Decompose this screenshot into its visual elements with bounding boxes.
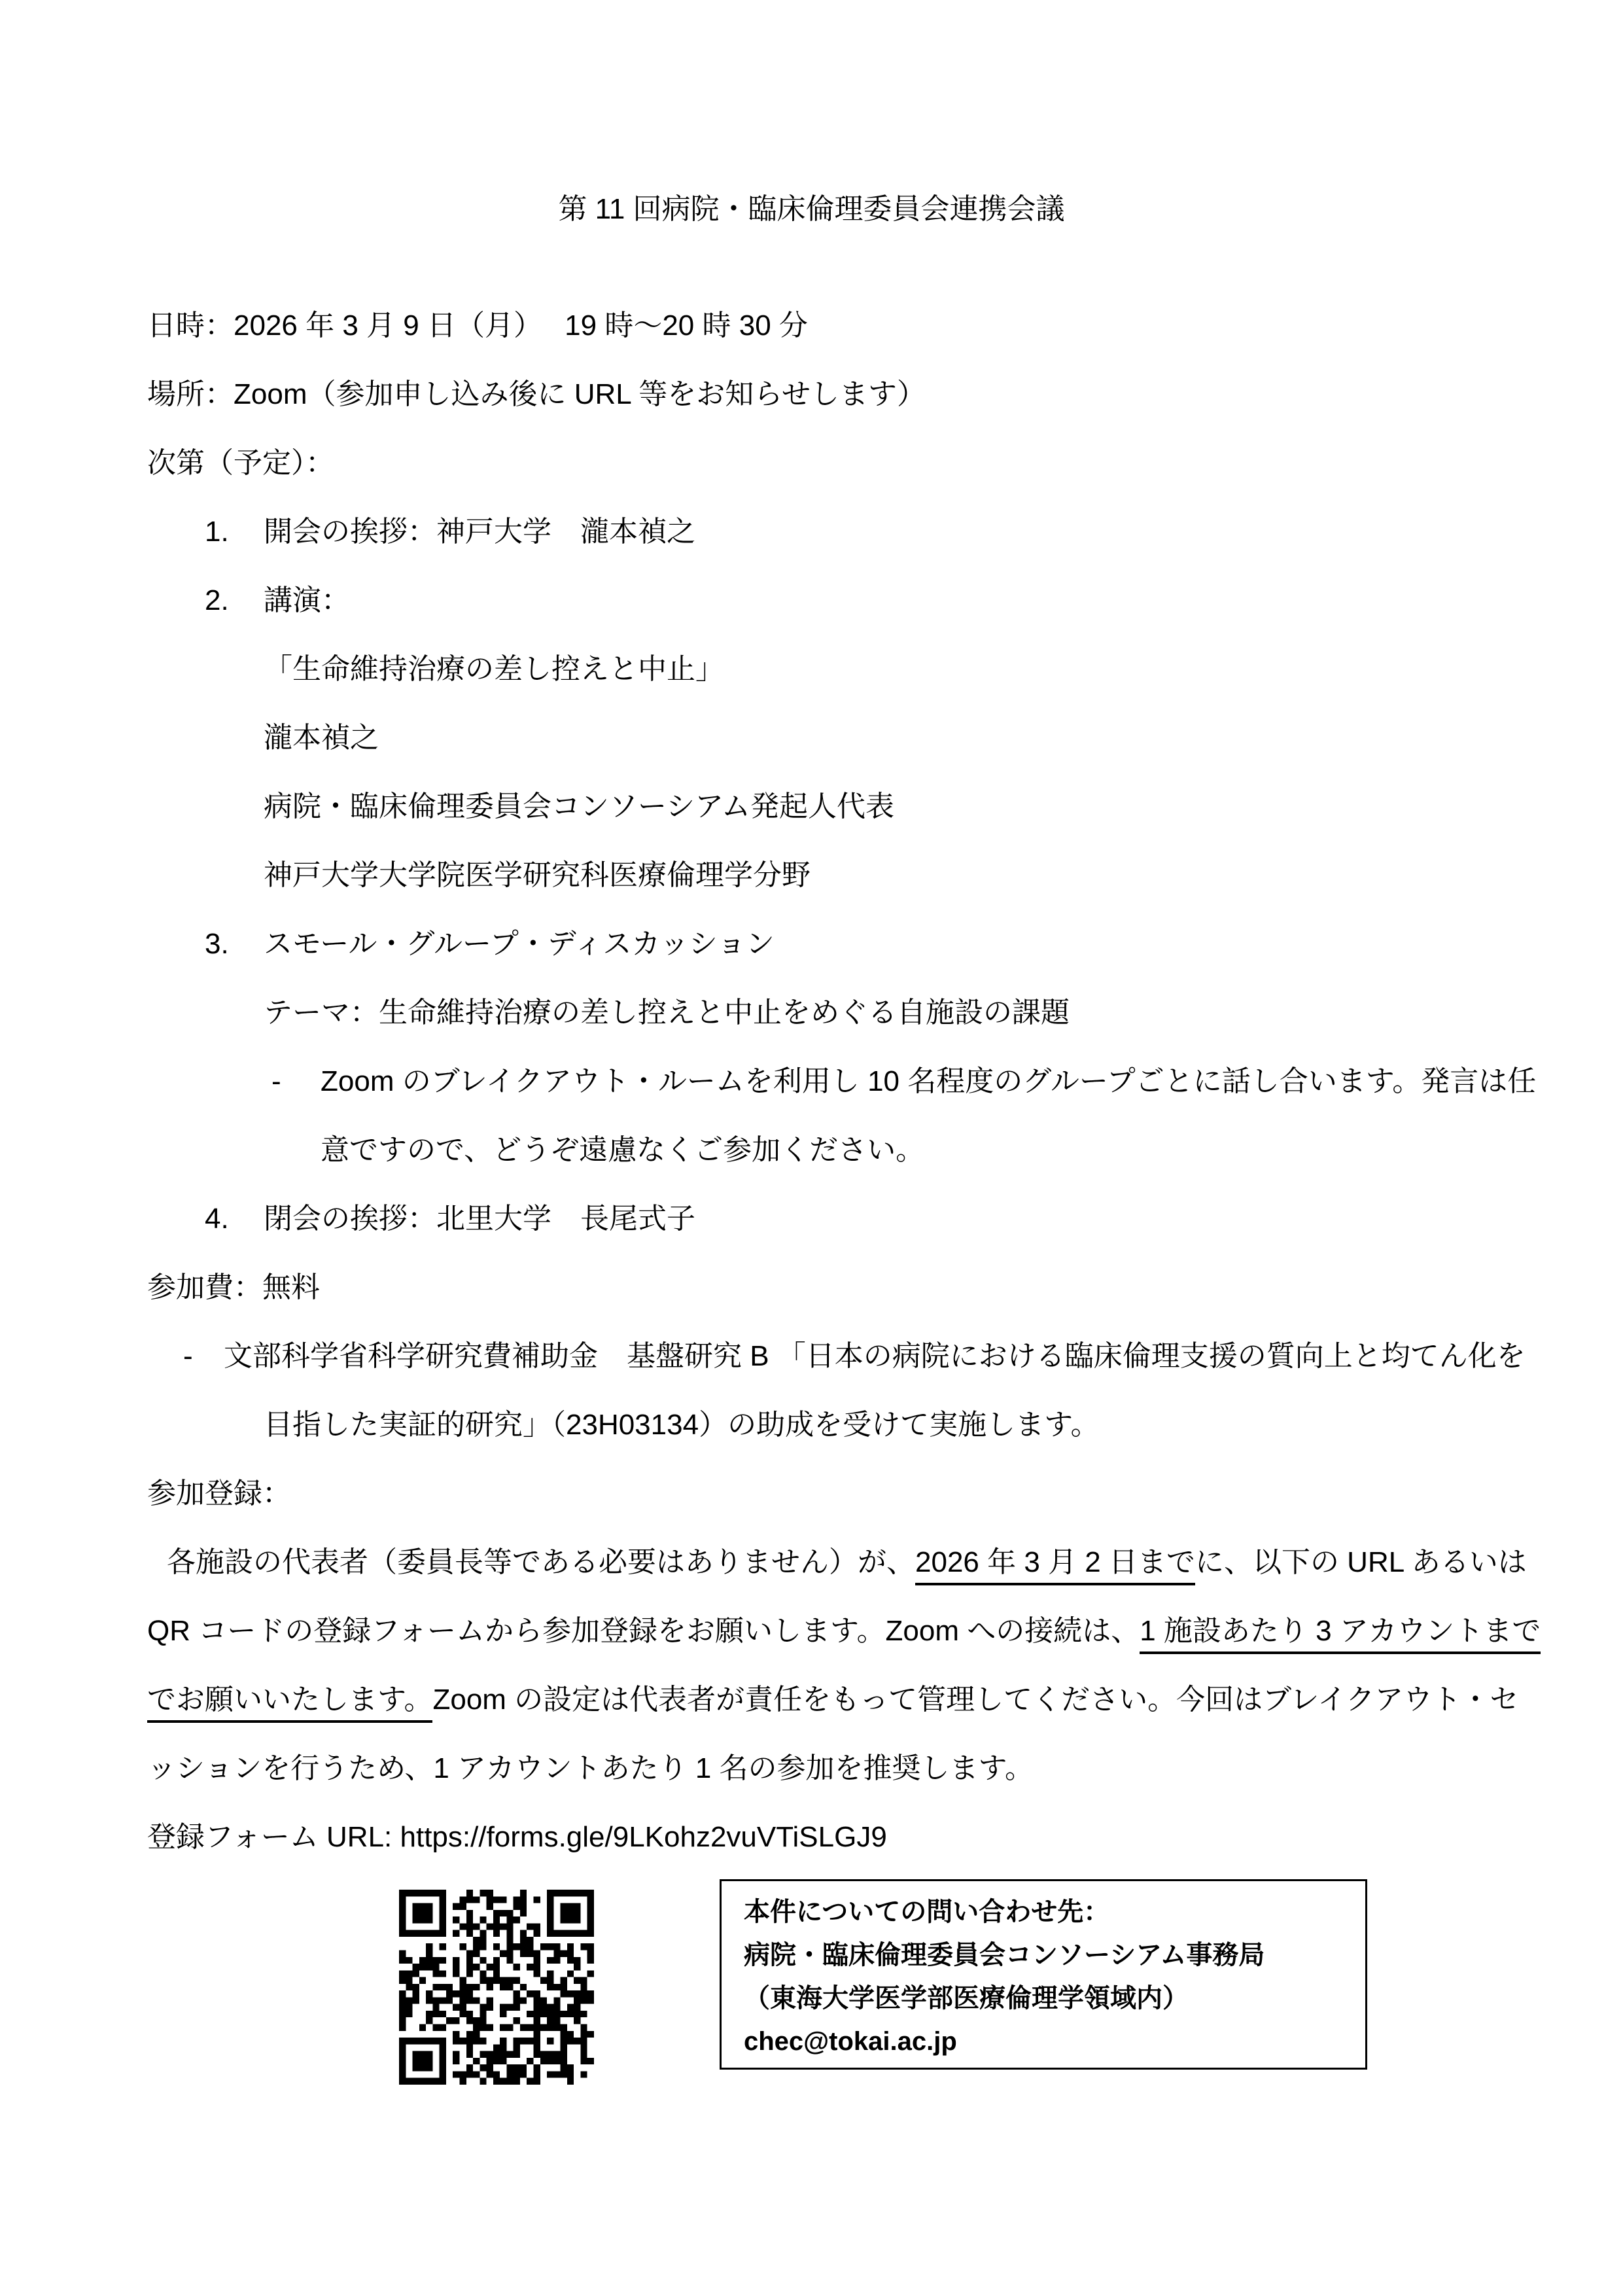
agenda-item-4-text: 閉会の挨拶：北里大学 長尾式子 — [264, 1203, 695, 1235]
datetime-line: 日時：2026 年 3 月 9 日（月） 19 時～20 時 30 分 — [147, 291, 1476, 360]
agenda-item-2-number: 2. — [205, 566, 264, 635]
agenda-item-3-text: スモール・グループ・ディスカッション — [264, 928, 775, 960]
registration-line2-pre: QR コードの登録フォームから参加登録をお願いします。Zoom への接続は、 — [147, 1615, 1140, 1647]
agenda-item-1-number: 1. — [205, 497, 264, 566]
agenda-item-1-text: 開会の挨拶：神戸大学 瀧本禎之 — [264, 516, 695, 548]
lecturer-role: 病院・臨床倫理委員会コンソーシアム発起人代表 — [147, 772, 1476, 841]
breakout-note-line1: -Zoom のブレイクアウト・ルームを利用し 10 名程度のグループごとに話し合… — [147, 1047, 1476, 1116]
discussion-theme: テーマ：生命維持治療の差し控えと中止をめぐる自施設の課題 — [147, 978, 1476, 1047]
form-url-label: 登録フォーム URL: — [147, 1821, 400, 1853]
grant-note-dash: - — [183, 1322, 224, 1390]
registration-line3-underlined: でお願いいたします。 — [147, 1684, 432, 1723]
fee-line: 参加費：無料 — [147, 1253, 1476, 1322]
form-url-line: 登録フォーム URL: https://forms.gle/9LKohz2vuV… — [147, 1803, 1476, 1871]
registration-line1-post: に、以下の URL あるいは — [1195, 1546, 1527, 1578]
document-title: 第 11 回病院・臨床倫理委員会連携会議 — [147, 175, 1476, 243]
agenda-item-1: 1.開会の挨拶：神戸大学 瀧本禎之 — [147, 497, 1476, 566]
contact-email: chec@tokai.ac.jp — [744, 2020, 1352, 2063]
breakout-note-dash: - — [271, 1047, 321, 1116]
breakout-note-line2: 意ですので、どうぞ遠慮なくご参加ください。 — [147, 1116, 1476, 1184]
registration-para-line3: でお願いいたします。Zoom の設定は代表者が責任をもって管理してください。今回… — [147, 1665, 1476, 1734]
registration-para-line2: QR コードの登録フォームから参加登録をお願いします。Zoom への接続は、1 … — [147, 1597, 1476, 1665]
registration-para-line1: 各施設の代表者（委員長等である必要はありません）が、2026 年 3 月 2 日… — [147, 1528, 1476, 1597]
lecturer-name: 瀧本禎之 — [147, 703, 1476, 772]
registration-bottom-row: 本件についての問い合わせ先： 病院・臨床倫理委員会コンソーシアム事務局 （東海大… — [147, 1890, 1476, 2085]
place-line: 場所：Zoom（参加申し込み後に URL 等をお知らせします） — [147, 360, 1476, 429]
registration-line3-post: Zoom の設定は代表者が責任をもって管理してください。今回はブレイクアウト・セ — [432, 1684, 1518, 1716]
breakout-note-text1: Zoom のブレイクアウト・ルームを利用し 10 名程度のグループごとに話し合い… — [321, 1065, 1536, 1097]
qr-code-image — [399, 1890, 594, 2085]
agenda-heading: 次第（予定）： — [147, 429, 1476, 497]
contact-org-note: （東海大学医学部医療倫理学領域内） — [744, 1977, 1352, 2020]
registration-deadline-underlined: 2026 年 3 月 2 日まで — [915, 1546, 1195, 1585]
registration-heading: 参加登録： — [147, 1459, 1476, 1528]
lecture-title: 「生命維持治療の差し控えと中止」 — [147, 635, 1476, 703]
agenda-item-4: 4.閉会の挨拶：北里大学 長尾式子 — [147, 1184, 1476, 1253]
registration-line1-pre: 各施設の代表者（委員長等である必要はありません）が、 — [167, 1546, 915, 1578]
document-page: 第 11 回病院・臨床倫理委員会連携会議 日時：2026 年 3 月 9 日（月… — [0, 0, 1623, 2085]
contact-box: 本件についての問い合わせ先： 病院・臨床倫理委員会コンソーシアム事務局 （東海大… — [720, 1879, 1367, 2070]
agenda-item-3-number: 3. — [205, 910, 264, 978]
agenda-item-2: 2.講演： — [147, 566, 1476, 635]
agenda-item-3: 3.スモール・グループ・ディスカッション — [147, 910, 1476, 978]
grant-note-line2: 目指した実証的研究」（23H03134）の助成を受けて実施します。 — [147, 1390, 1476, 1459]
qr-code — [399, 1890, 594, 2085]
contact-heading: 本件についての問い合わせ先： — [744, 1890, 1352, 1934]
grant-note-text1: 文部科学省科学研究費補助金 基盤研究 B 「日本の病院における臨床倫理支援の質向… — [224, 1340, 1526, 1372]
registration-para-line4: ッションを行うため、1 アカウントあたり 1 名の参加を推奨します。 — [147, 1734, 1476, 1803]
agenda-item-4-number: 4. — [205, 1184, 264, 1253]
registration-account-limit-underlined: 1 施設あたり 3 アカウントまで — [1140, 1615, 1541, 1654]
lecturer-affiliation: 神戸大学大学院医学研究科医療倫理学分野 — [147, 841, 1476, 910]
agenda-item-2-text: 講演： — [264, 584, 350, 616]
grant-note-line1: -文部科学省科学研究費補助金 基盤研究 B 「日本の病院における臨床倫理支援の質… — [147, 1322, 1476, 1390]
registration-form-url-link[interactable]: https://forms.gle/9LKohz2vuVTiSLGJ9 — [400, 1821, 887, 1853]
contact-org: 病院・臨床倫理委員会コンソーシアム事務局 — [744, 1934, 1352, 1977]
